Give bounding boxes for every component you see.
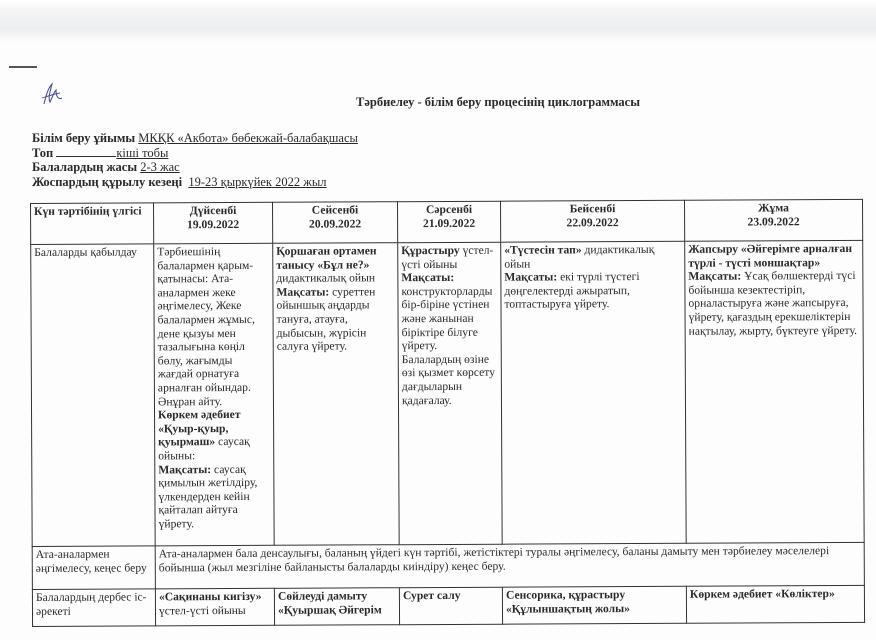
table-header-row: Күн тәртібінің үлгісі Дүйсенбі19.09.2022… [31,199,863,244]
cell-text: Тәрбиешінің балалармен қарым-қатынасы: А… [157,245,255,408]
period-label: Жоспардың құрылу кезеңі [32,175,182,189]
scan-edge-shadow [0,0,876,42]
cell-text: Балалардың өзіне өзі қызмет көрсету дағд… [402,353,495,407]
header-day-tuesday: Сейсенбі20.09.2022 [272,202,397,244]
document-title: Тәрбиелеу - білім беру процесінің циклог… [0,95,876,110]
goal-label: Мақсаты: [688,270,741,283]
row-label: Балалардың дербес іс-әрекеті [32,589,155,627]
cell-friday: Көркем әдебиет «Көліктер» [686,585,864,623]
cell-bold: «Сақинаны кигізу» [159,590,262,604]
cell-tuesday: Сөйлеуді дамыту «Қуыршақ Әйгерім [274,588,399,626]
day-name: Жұма [688,201,859,215]
cell-monday: «Сақинаны кигізу»үстел-үсті ойыны [155,588,274,626]
document-meta: Білім беру ұйымы МКҚК «Акбота» бөбекжай-… [32,131,358,189]
organization-value: МКҚК «Акбота» бөбекжай-балабақшасы [138,131,358,145]
goal-label: Мақсаты: [158,463,211,476]
cell-text: конструкторларды бір-біріне үстінен және… [401,285,492,353]
cell-bold: Қоршаған ортамен танысу «Бұл не?» [276,244,376,271]
day-name: Сәрсенбі [401,203,497,217]
cell-bold: Сенсорика, құрастыру «Құлыншақтың жолы» [506,588,630,615]
table-row-independent: Балалардың дербес іс-әрекеті «Сақинаны к… [32,585,864,626]
goal-label: Мақсаты: [276,285,329,298]
day-name: Бейсенбі [504,202,681,216]
cell-monday: Тәрбиешінің балалармен қарым-қатынасы: А… [154,243,274,546]
meta-period: Жоспардың құрылу кезеңі 19-23 қыркүйек 2… [32,175,358,190]
cell-text: үстел-үсті ойыны [159,604,246,617]
header-schedule: Күн тәртібінің үлгісі [31,203,154,245]
cell-bold: «Түстесін тап» [504,243,581,256]
cyclogram-table: Күн тәртібінің үлгісі Дүйсенбі19.09.2022… [30,199,865,627]
cell-text: дидактикалық ойын [276,272,375,285]
cell-bold: Құрастыру [401,244,460,257]
age-value: 2-3 жас [140,160,180,174]
day-date: 20.09.2022 [276,217,394,231]
goal-label: Мақсаты: [401,271,454,284]
cell-wednesday: Сурет салу [399,587,502,625]
table-row-parents: Ата-аналармен әңгімелесу, кеңес беру Ата… [32,542,864,589]
group-label: Топ [32,146,53,160]
goal-label: Мақсаты: [504,271,557,284]
day-name: Дүйсенбі [157,204,269,218]
header-day-monday: Дүйсенбі19.09.2022 [154,202,273,244]
cell-wednesday: Құрастыру үстел-үсті ойыны Мақсаты: конс… [398,242,502,544]
meta-group: Топ кіші тобы [32,146,358,161]
day-date: 21.09.2022 [401,216,497,230]
day-date: 23.09.2022 [688,215,859,229]
cell-bold: Көркем әдебиет «Көліктер» [690,587,835,601]
group-blank-line [56,146,116,157]
cell-thursday: Сенсорика, құрастыру «Құлыншақтың жолы» [502,586,686,624]
table-row-reception: Балаларды қабылдау Тәрбиешінің балаларме… [31,240,864,546]
meta-organization: Білім беру ұйымы МКҚК «Акбота» бөбекжай-… [32,131,358,146]
meta-age: Балалардың жасы 2-3 жас [32,160,358,175]
day-date: 22.09.2022 [504,215,681,229]
header-day-thursday: Бейсенбі22.09.2022 [500,200,684,242]
cell-thursday: «Түстесін тап» дидактикалық ойын Мақсаты… [501,241,686,544]
cell-tuesday: Қоршаған ортамен танысу «Бұл не?» дидакт… [273,243,399,546]
row-label: Ата-аналармен әңгімелесу, кеңес беру [32,546,155,590]
header-day-friday: Жұма23.09.2022 [684,199,862,241]
day-date: 19.09.2022 [157,217,269,231]
organization-label: Білім беру ұйымы [32,131,135,145]
group-value: кіші тобы [116,146,168,160]
day-name: Сейсенбі [276,203,394,217]
row-label: Балаларды қабылдау [31,244,155,547]
cell-merged: Ата-аналармен бала денсаулығы, баланың ү… [155,542,864,588]
cell-bold: Сурет салу [403,589,461,602]
cell-bold: Жапсыру «Әйгерімге арналған түрлі - түст… [688,242,852,269]
period-value: 19-23 қыркүйек 2022 жыл [188,175,326,189]
header-day-wednesday: Сәрсенбі21.09.2022 [397,201,500,243]
age-label: Балалардың жасы [32,160,137,174]
dash-mark [9,66,37,68]
cell-friday: Жапсыру «Әйгерімге арналған түрлі - түст… [685,240,864,543]
cell-bold: Сөйлеуді дамыту «Қуыршақ Әйгерім [278,589,382,616]
